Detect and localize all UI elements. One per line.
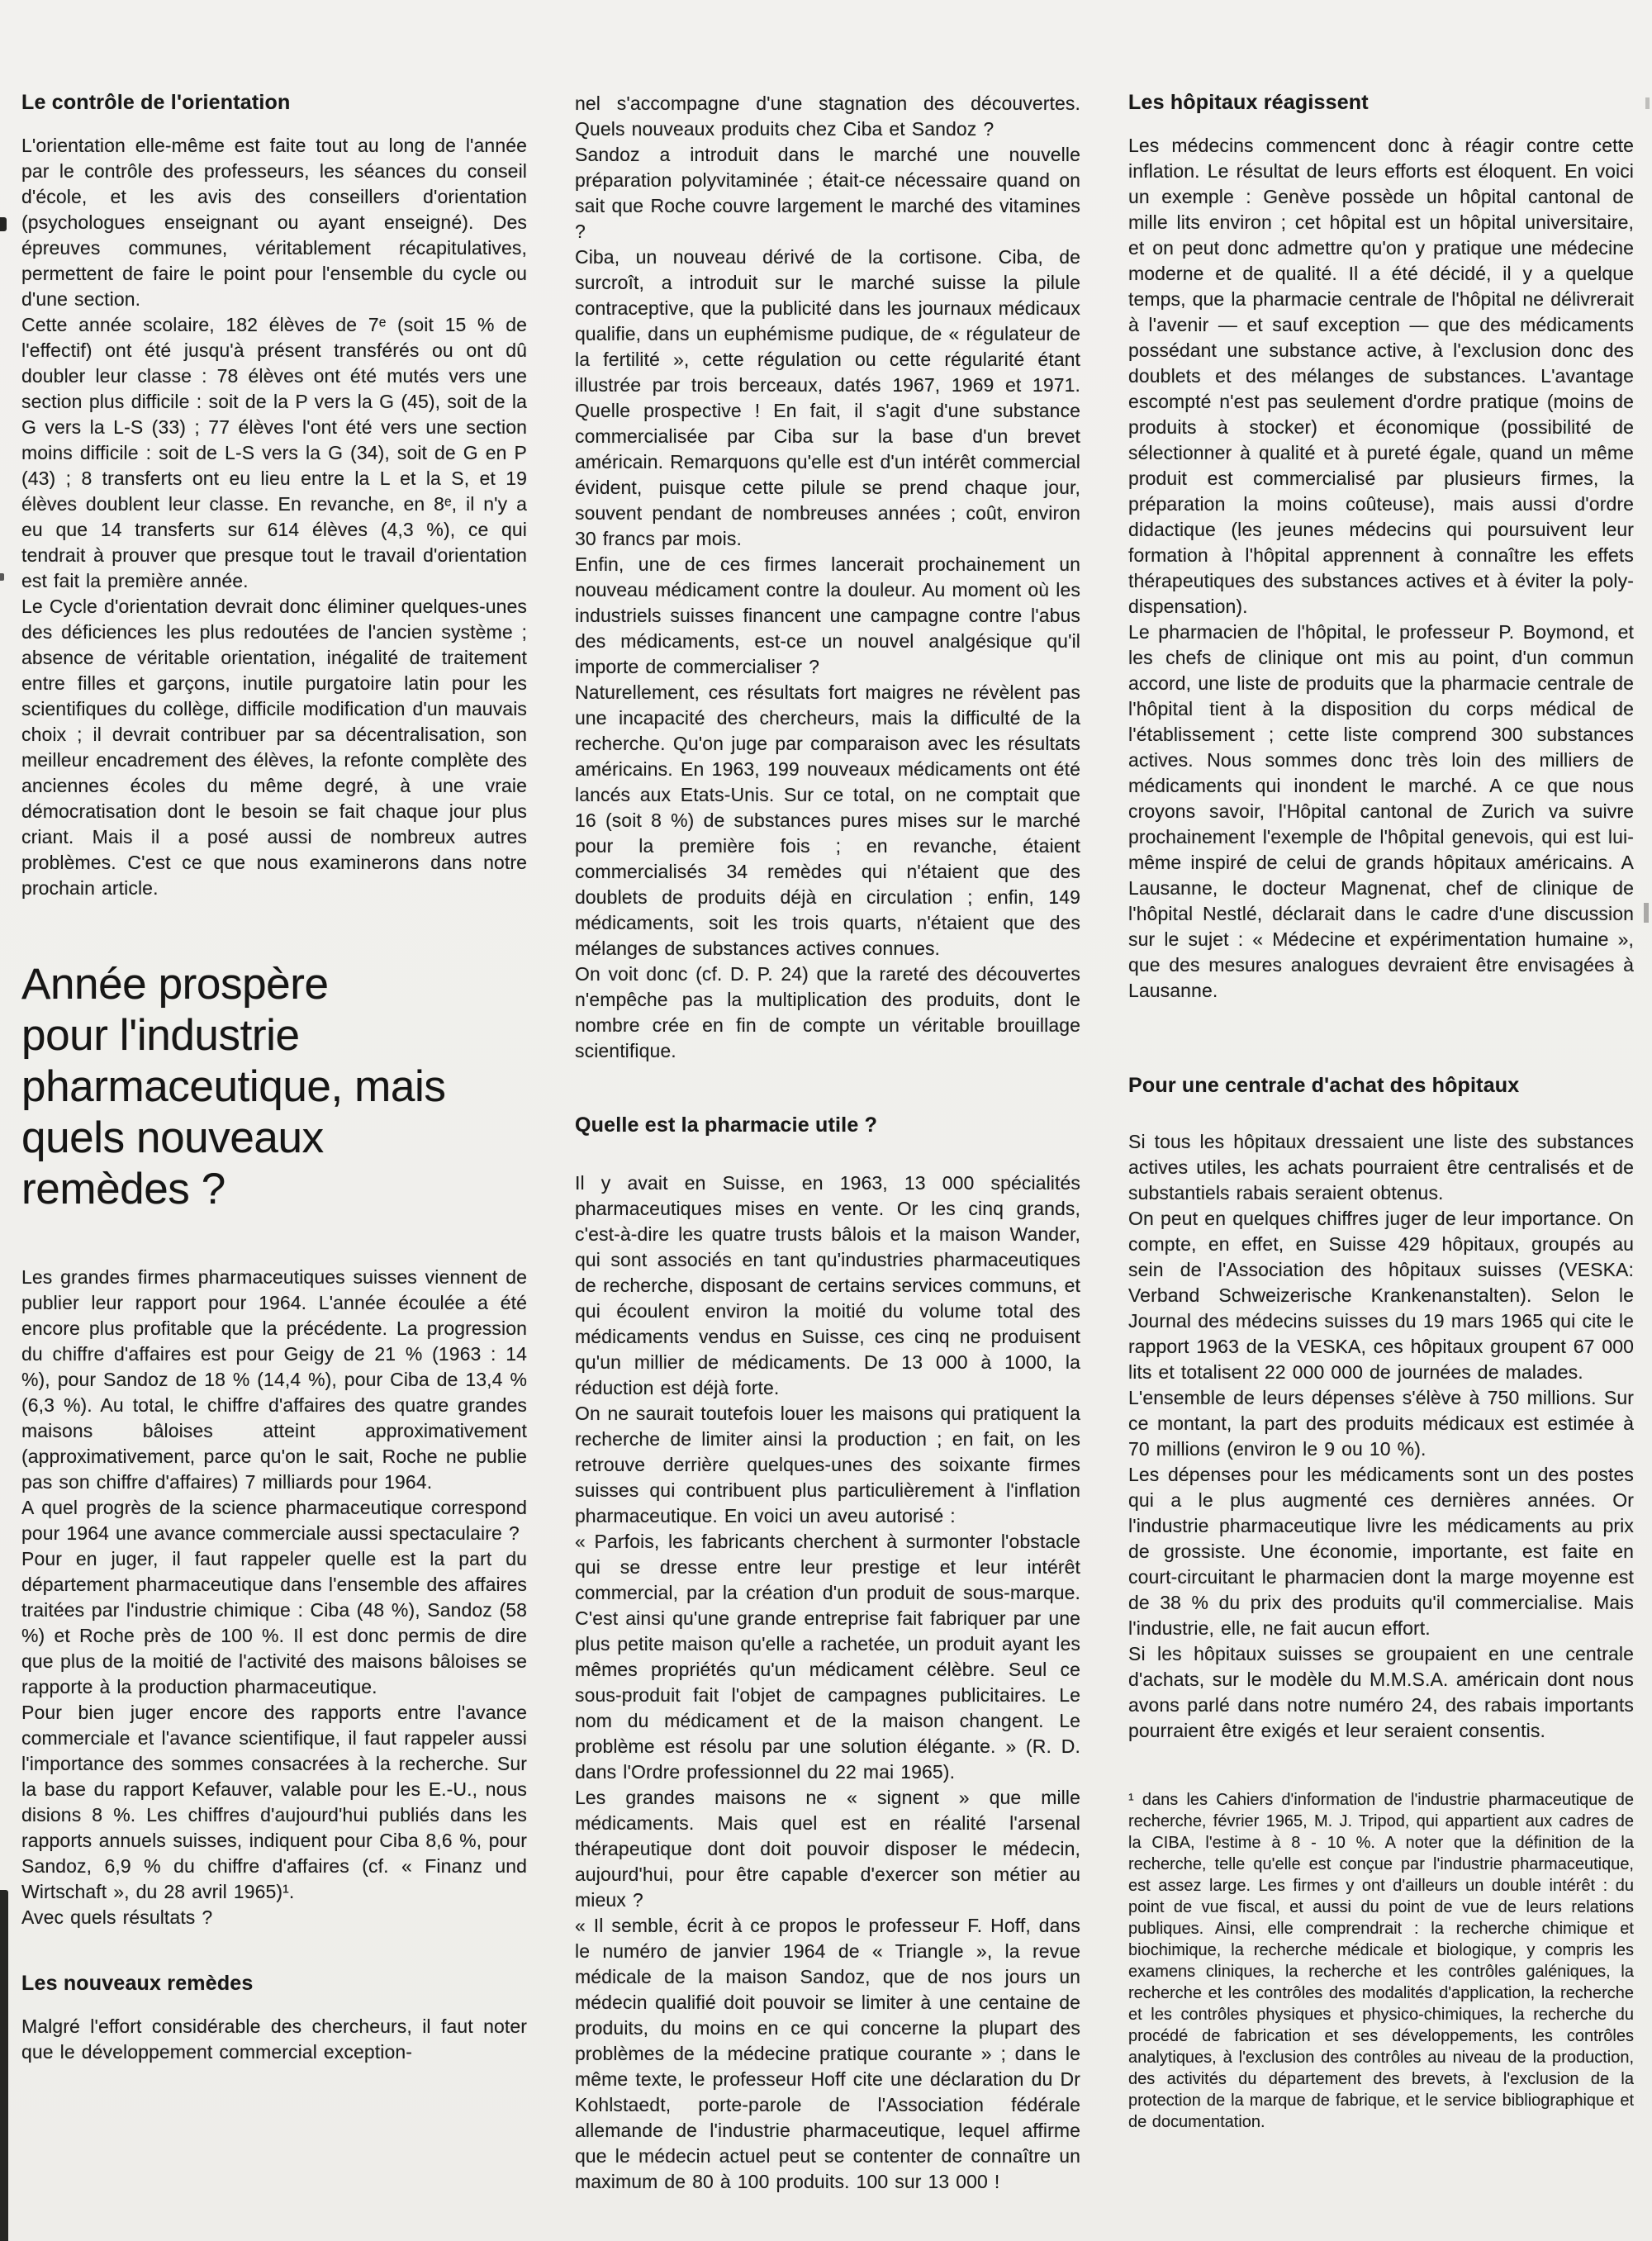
article-columns: Le contrôle de l'orientation L'orientati… xyxy=(21,91,1634,2195)
body-paragraph: Le Cycle d'orientation devrait donc élim… xyxy=(21,594,527,901)
body-paragraph: A quel progrès de la science pharmaceuti… xyxy=(21,1495,527,1546)
body-paragraph: Si les hôpitaux suisses se groupaient en… xyxy=(1128,1641,1634,1744)
scan-artifact-speck xyxy=(0,573,4,581)
scanned-newspaper-page: Le contrôle de l'orientation L'orientati… xyxy=(0,0,1652,2241)
headline-line: quels nouveaux xyxy=(21,1113,527,1164)
body-paragraph: L'ensemble de leurs dépenses s'élève à 7… xyxy=(1128,1385,1634,1462)
body-paragraph: Malgré l'effort considérable des cherche… xyxy=(21,2014,527,2065)
section-heading-controle-orientation: Le contrôle de l'orientation xyxy=(21,91,527,115)
body-paragraph: On ne saurait toutefois louer les maison… xyxy=(575,1401,1080,1529)
body-paragraph: Le pharmacien de l'hôpital, le professeu… xyxy=(1128,620,1634,1004)
body-paragraph: Les dépenses pour les médicaments sont u… xyxy=(1128,1462,1634,1641)
scan-artifact-edge-bar xyxy=(0,1890,8,2241)
footnote-text: ¹ dans les Cahiers d'information de l'in… xyxy=(1128,1789,1634,2133)
article-headline: Année prospère pour l'industrie pharmace… xyxy=(21,959,527,1215)
body-paragraph: Les grandes maisons ne « signent » que m… xyxy=(575,1785,1080,1913)
column-middle: nel s'accompagne d'une stagnation des dé… xyxy=(575,91,1080,2195)
body-paragraph: On voit donc (cf. D. P. 24) que la raret… xyxy=(575,961,1080,1064)
headline-line: remèdes ? xyxy=(21,1164,527,1215)
body-paragraph: Il y avait en Suisse, en 1963, 13 000 sp… xyxy=(575,1170,1080,1401)
body-paragraph: L'orientation elle-même est faite tout a… xyxy=(21,133,527,312)
section-heading-pharmacie-utile: Quelle est la pharmacie utile ? xyxy=(575,1113,1080,1137)
body-paragraph: On peut en quelques chiffres juger de le… xyxy=(1128,1206,1634,1385)
body-paragraph: Avec quels résultats ? xyxy=(21,1905,527,1930)
headline-line: Année prospère xyxy=(21,959,527,1010)
body-paragraph: Enfin, une de ces firmes lancerait proch… xyxy=(575,552,1080,680)
body-paragraph: nel s'accompagne d'une stagnation des dé… xyxy=(575,91,1080,142)
body-paragraph: « Il semble, écrit à ce propos le profes… xyxy=(575,1913,1080,2195)
column-right: Les hôpitaux réagissent Les médecins com… xyxy=(1128,91,1634,2195)
body-paragraph: Ciba, un nouveau dérivé de la cortisone.… xyxy=(575,245,1080,552)
section-heading-hopitaux-reagissent: Les hôpitaux réagissent xyxy=(1128,91,1634,115)
body-paragraph: Les médecins commencent donc à réagir co… xyxy=(1128,133,1634,620)
body-paragraph: Si tous les hôpitaux dressaient une list… xyxy=(1128,1129,1634,1206)
headline-line: pour l'industrie xyxy=(21,1010,527,1061)
body-paragraph: Pour bien juger encore des rapports entr… xyxy=(21,1700,527,1905)
scan-artifact-speck xyxy=(1645,97,1650,109)
section-heading-centrale-achat: Pour une centrale d'achat des hôpitaux xyxy=(1128,1074,1634,1098)
body-paragraph: Pour en juger, il faut rappeler quelle e… xyxy=(21,1546,527,1700)
body-paragraph: Naturellement, ces résultats fort maigre… xyxy=(575,680,1080,961)
body-paragraph: « Parfois, les fabricants cherchent à su… xyxy=(575,1529,1080,1785)
headline-line: pharmaceutique, mais xyxy=(21,1061,527,1113)
body-paragraph: Sandoz a introduit dans le marché une no… xyxy=(575,142,1080,245)
scan-artifact-speck xyxy=(0,217,7,231)
scan-artifact-speck xyxy=(1644,903,1649,923)
section-heading-nouveaux-remedes: Les nouveaux remèdes xyxy=(21,1972,527,1996)
body-paragraph: Les grandes firmes pharmaceutiques suiss… xyxy=(21,1265,527,1495)
column-left: Le contrôle de l'orientation L'orientati… xyxy=(21,91,527,2195)
body-paragraph: Cette année scolaire, 182 élèves de 7ᵉ (… xyxy=(21,312,527,594)
